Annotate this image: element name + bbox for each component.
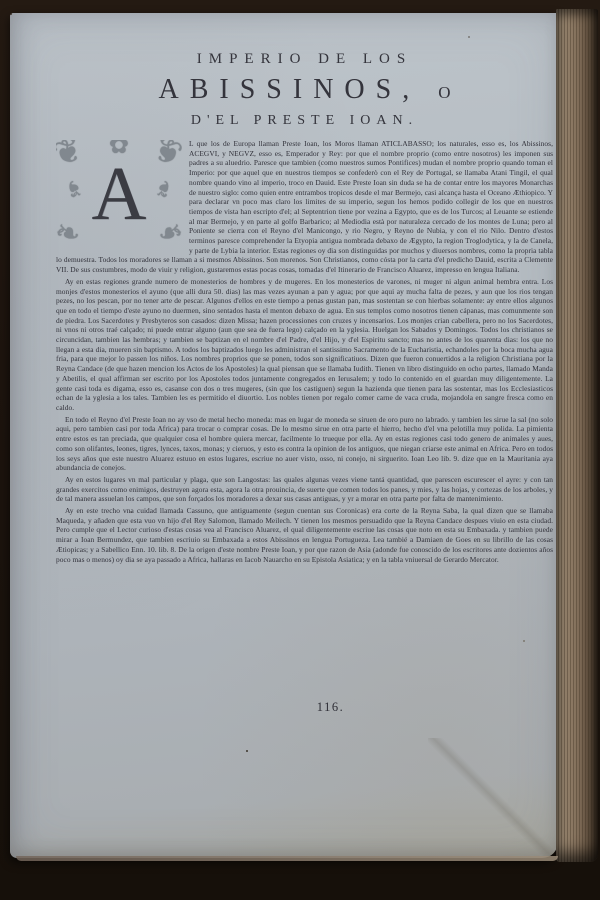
paragraph-5: Ay en este trecho vna cuidad llamada Cas… <box>56 506 553 564</box>
paragraph-3: En todo el Reyno d'el Preste Ioan no ay … <box>56 415 553 473</box>
book-fore-edge-pages <box>556 9 598 862</box>
paragraph-1: ❦ ❦ ❧ ❧ ✿ ☙ ☙ A L que los de Europa llam… <box>56 139 553 275</box>
page-number: 116. <box>56 700 553 715</box>
title-line-1: IMPERIO DE LOS <box>56 51 553 68</box>
page-corner-crease <box>428 738 558 858</box>
title-line-2-main: ABISSINOS, <box>159 74 421 105</box>
paragraph-4: Ay en estos lugares vn mal particular y … <box>56 475 553 504</box>
title-line-2-small-o: O <box>438 83 450 102</box>
book-page: IMPERIO DE LOS ABISSINOS, O D'EL PRESTE … <box>10 13 558 858</box>
bottom-page-edge <box>16 856 558 861</box>
paper-specks <box>10 13 12 15</box>
decorative-initial: ❦ ❦ ❧ ❧ ✿ ☙ ☙ A <box>56 140 182 246</box>
page-body-text: ❦ ❦ ❧ ❧ ✿ ☙ ☙ A L que los de Europa llam… <box>56 139 553 564</box>
book-photo: { "photo": { "background_color": "#1d140… <box>0 0 600 900</box>
paragraph-2: Ay en estas regiones grande numero de mo… <box>56 277 553 413</box>
drop-cap-letter: A <box>56 148 182 240</box>
title-line-2: ABISSINOS, O <box>56 74 553 106</box>
page-title: IMPERIO DE LOS ABISSINOS, O D'EL PRESTE … <box>56 51 553 129</box>
title-line-3: D'EL PRESTE IOAN. <box>56 113 553 129</box>
